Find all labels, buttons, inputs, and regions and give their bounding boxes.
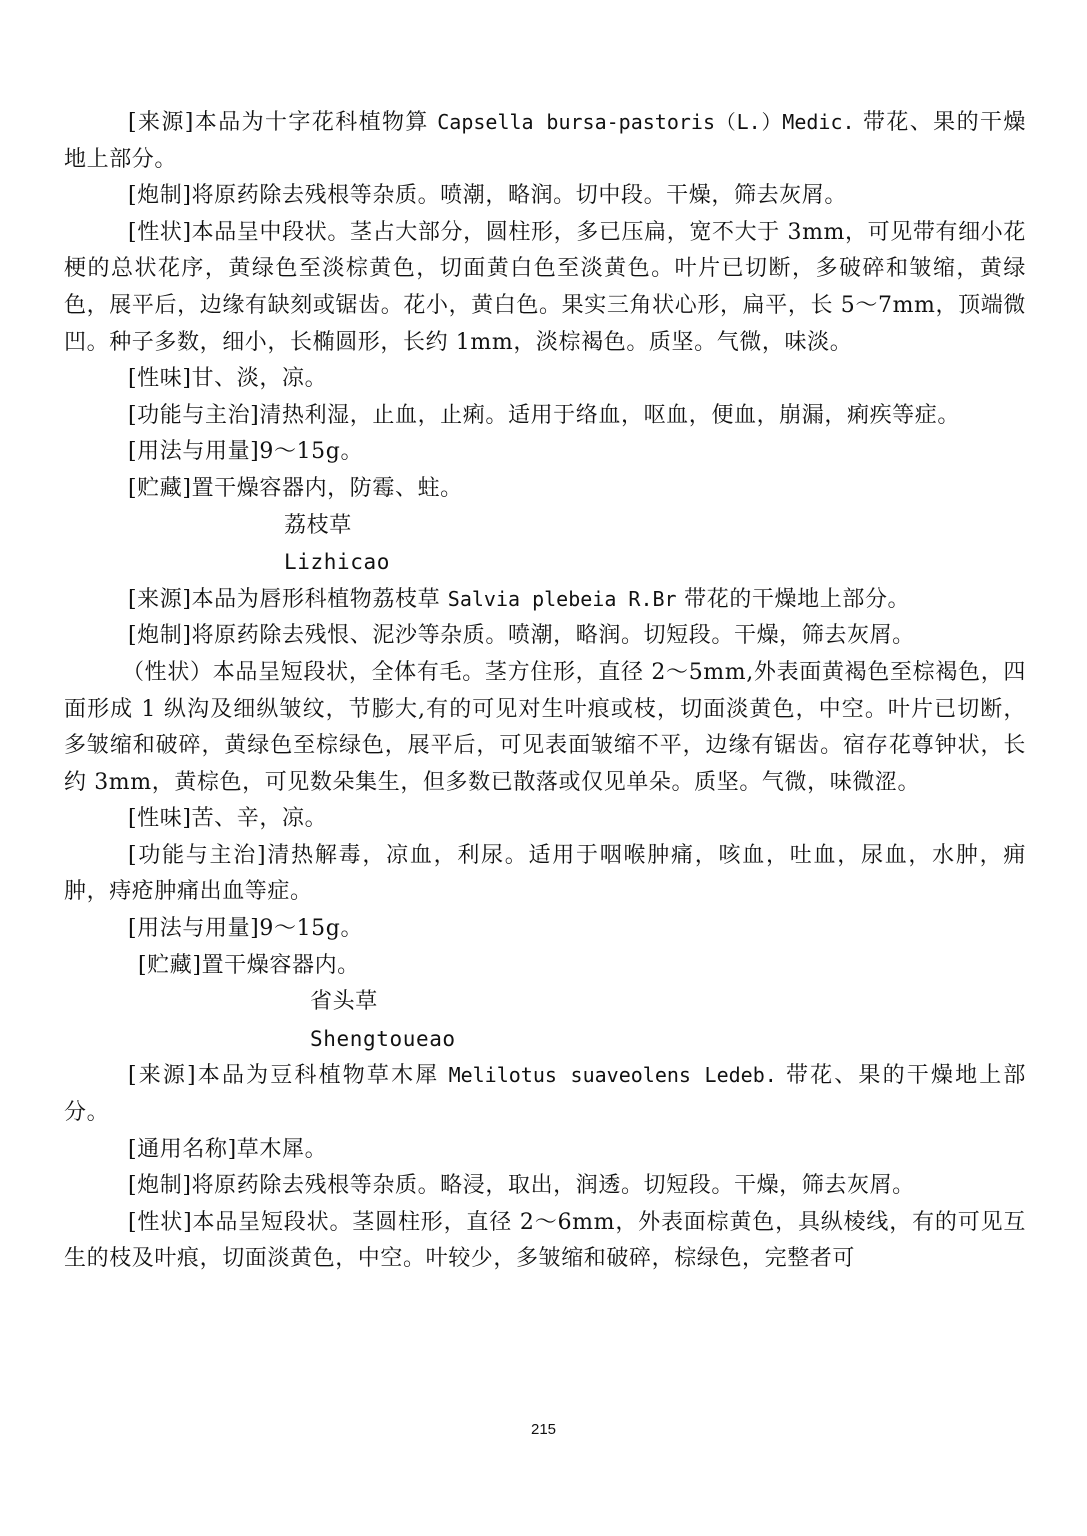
paragraph-characteristics: [性状]本品呈短段状。茎圆柱形，直径 2～6mm，外表面棕黄色，具纵棱线，有的可… xyxy=(64,1205,1026,1278)
entry-lizhicao: 荔枝草 Lizhicao [来源]本品为唇形科植物荔枝草 Salvia pleb… xyxy=(64,508,1026,985)
section-label: [功能与主治] xyxy=(128,843,266,868)
section-label: [通用名称] xyxy=(128,1137,237,1162)
paragraph-processing: [炮制]将原药除去残根等杂质。喷潮，略润。切中段。干燥，筛去灰屑。 xyxy=(64,178,1026,215)
paragraph-characteristics: （性状）本品呈短段状，全体有毛。茎方住形，直径 2～5mm,外表面黄褐色至棕褐色… xyxy=(64,655,1026,801)
paragraph-storage: [贮藏]置干燥容器内。 xyxy=(64,948,1026,985)
paragraph-functions: [功能与主治]清热解毒，凉血，利尿。适用于咽喉肿痛，咳血，吐血，尿血，水肿，痈肿… xyxy=(64,838,1026,911)
paragraph-storage: [贮藏]置干燥容器内，防霉、蛀。 xyxy=(64,471,1026,508)
paragraph-dosage: [用法与用量]9～15g。 xyxy=(64,911,1026,948)
paragraph-source: [来源]本品为十字花科植物算 Capsella bursa-pastoris（L… xyxy=(64,104,1026,178)
latin-name: Salvia plebeia R.Br xyxy=(448,587,677,611)
section-label: [性味] xyxy=(128,806,192,831)
section-label: [性味] xyxy=(128,366,192,391)
section-label: [炮制] xyxy=(128,183,192,208)
section-label: [用法与用量] xyxy=(128,916,259,941)
paragraph-nature-flavor: [性味]甘、淡，凉。 xyxy=(64,361,1026,398)
section-label: （性状） xyxy=(122,660,213,685)
entry-shengtoucao: 省头草 Shengtoueao [来源]本品为豆科植物草木犀 Melilotus… xyxy=(64,984,1026,1278)
entry-pinyin: Shengtoueao xyxy=(64,1021,1026,1058)
paragraph-processing: [炮制]将原药除去残根等杂质。略浸，取出，润透。切短段。干燥，筛去灰屑。 xyxy=(64,1168,1026,1205)
section-label: [贮藏] xyxy=(138,953,202,978)
latin-name: Capsella bursa-pastoris（L.）Medic. xyxy=(437,110,854,134)
entry-jicai: [来源]本品为十字花科植物算 Capsella bursa-pastoris（L… xyxy=(64,104,1026,508)
paragraph-nature-flavor: [性味]苦、辛，凉。 xyxy=(64,801,1026,838)
section-label: [炮制] xyxy=(128,1173,192,1198)
paragraph-dosage: [用法与用量]9～15g。 xyxy=(64,434,1026,471)
section-label: [功能与主治] xyxy=(128,403,259,428)
entry-title: 荔枝草 xyxy=(64,508,1026,545)
document-page: [来源]本品为十字花科植物算 Capsella bursa-pastoris（L… xyxy=(64,104,1026,1278)
latin-name: Melilotus suaveolens Ledeb. xyxy=(449,1063,777,1087)
section-label: [来源] xyxy=(128,587,192,612)
entry-title: 省头草 xyxy=(64,984,1026,1021)
section-label: [炮制] xyxy=(128,623,192,648)
section-label: [性状] xyxy=(128,1210,192,1235)
section-label: [来源] xyxy=(128,1063,196,1088)
page-number: 215 xyxy=(0,1421,1087,1438)
paragraph-functions: [功能与主治]清热利湿，止血，止痢。适用于络血，呕血，便血，崩漏，痢疾等症。 xyxy=(64,398,1026,435)
paragraph-processing: [炮制]将原药除去残恨、泥沙等杂质。喷潮，略润。切短段。干燥，筛去灰屑。 xyxy=(64,618,1026,655)
section-label: [来源] xyxy=(128,110,194,135)
section-label: [用法与用量] xyxy=(128,439,259,464)
section-label: [贮藏] xyxy=(128,476,192,501)
paragraph-source: [来源]本品为豆科植物草木犀 Melilotus suaveolens Lede… xyxy=(64,1057,1026,1131)
entry-pinyin: Lizhicao xyxy=(64,544,1026,581)
section-label: [性状] xyxy=(128,220,192,245)
paragraph-common-name: [通用名称]草木犀。 xyxy=(64,1132,1026,1169)
paragraph-characteristics: [性状]本品呈中段状。茎占大部分，圆柱形，多已压扁，宽不大于 3mm，可见带有细… xyxy=(64,215,1026,361)
paragraph-source: [来源]本品为唇形科植物荔枝草 Salvia plebeia R.Br 带花的干… xyxy=(64,581,1026,619)
